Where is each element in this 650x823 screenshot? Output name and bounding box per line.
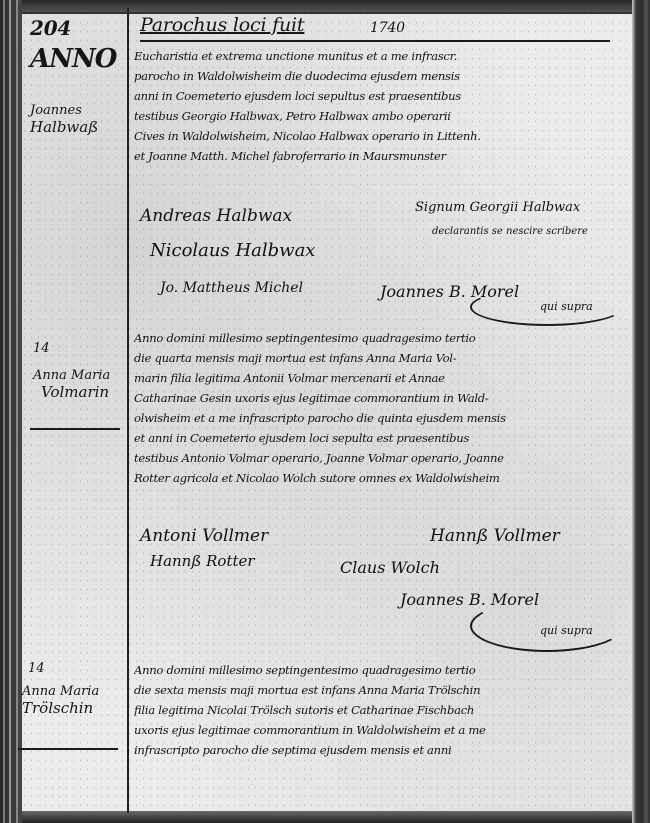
entry-1-margin-name: Joannes Halbwaß xyxy=(30,102,98,136)
signature-andreas-halbwax: Andreas Halbwax xyxy=(140,206,292,226)
entry-1-line: anni in Coemeterio ejusdem loci sepultus… xyxy=(134,86,634,106)
entry-3-line: filia legitima Nicolai Trölsch sutoris e… xyxy=(134,700,634,720)
entry-3-given-name: Anna Maria xyxy=(22,683,99,700)
scan-edge-left-binding xyxy=(0,0,22,823)
signum-georgii-halbwax: Signum Georgii Halbwax xyxy=(415,200,580,215)
entry-2-line: marin filia legitima Antonii Volmar merc… xyxy=(134,368,634,388)
entry-2-given-name: Anna Maria xyxy=(33,367,110,384)
entry-1-line: parocho in Waldolwisheim die duodecima e… xyxy=(134,66,634,86)
entry-2-text: Anno domini millesimo septingentesimo qu… xyxy=(134,328,634,488)
entry-2-line: Anno domini millesimo septingentesimo qu… xyxy=(134,328,634,348)
signature-matthaeus-michel: Jo. Mattheus Michel xyxy=(160,280,303,296)
entry-3-name-underline xyxy=(18,748,118,750)
entry-2-line: testibus Antonio Volmar operario, Joanne… xyxy=(134,448,634,468)
entry-3-text: Anno domini millesimo septingentesimo qu… xyxy=(134,660,634,760)
entry-1-line: testibus Georgio Halbwax, Petro Halbwax … xyxy=(134,106,634,126)
entry-3-line: infrascripto parocho die septima ejusdem… xyxy=(134,740,634,760)
register-header-year: 1740 xyxy=(370,20,405,36)
scan-edge-right xyxy=(632,0,650,823)
entry-1-given-name: Joannes xyxy=(30,102,98,119)
entry-2-line: et anni in Coemeterio ejusdem loci sepul… xyxy=(134,428,634,448)
entry-3-margin: 14 Anna Maria Trölschin xyxy=(22,660,99,717)
signature-claus-wolch: Claus Wolch xyxy=(340,558,440,577)
entry-3-line: die sexta mensis maji mortua est infans … xyxy=(134,680,634,700)
signature-nicolaus-halbwax: Nicolaus Halbwax xyxy=(150,240,315,261)
top-ruled-line xyxy=(22,12,632,14)
entry-1-line: Cives in Waldolwisheim, Nicolao Halbwax … xyxy=(134,126,634,146)
entry-1-line: et Joanne Matth. Michel fabroferrario in… xyxy=(134,146,634,166)
entry-2-line: Catharinae Gesin uxoris ejus legitimae c… xyxy=(134,388,634,408)
signature-antoni-vollmer: Antoni Vollmer xyxy=(140,526,268,546)
header-underline xyxy=(140,40,610,42)
entry-1-text: Eucharistia et extrema unctione munitus … xyxy=(134,46,634,166)
declarant-note: declarantis se nescire scribere xyxy=(432,226,588,237)
signature-hanns-rotter: Hannß Rotter xyxy=(150,552,255,570)
register-header-title: Parochus loci fuit xyxy=(140,14,304,36)
entry-3-line: uxoris ejus legitimae commorantium in Wa… xyxy=(134,720,634,740)
margin-ruled-line xyxy=(127,8,129,813)
year-label: ANNO xyxy=(30,44,116,74)
entry-2-margin: 14 Anna Maria Volmarin xyxy=(33,340,110,401)
entry-2-number: 14 xyxy=(33,340,110,357)
entry-2-line: olwisheim et a me infrascripto parocho d… xyxy=(134,408,634,428)
entry-3-number: 14 xyxy=(22,660,99,677)
entry-2-line: Rotter agricola et Nicolao Wolch sutore … xyxy=(134,468,634,488)
signature-hanns-vollmer: Hannß Vollmer xyxy=(430,526,560,546)
page-number: 204 xyxy=(30,16,71,40)
scan-edge-bottom xyxy=(0,811,650,823)
entry-2-name-underline xyxy=(30,428,120,430)
entry-1-line: Eucharistia et extrema unctione munitus … xyxy=(134,46,634,66)
entry-2-surname: Volmarin xyxy=(33,384,110,401)
entry-3-surname: Trölschin xyxy=(22,700,99,717)
scanned-register-page: 204 ANNO Parochus loci fuit 1740 Joannes… xyxy=(0,0,650,823)
qui-supra-note: qui supra xyxy=(540,300,593,313)
qui-supra-note: qui supra xyxy=(540,624,593,637)
entry-3-line: Anno domini millesimo septingentesimo qu… xyxy=(134,660,634,680)
entry-1-surname: Halbwaß xyxy=(30,119,98,136)
entry-2-line: die quarta mensis maji mortua est infans… xyxy=(134,348,634,368)
